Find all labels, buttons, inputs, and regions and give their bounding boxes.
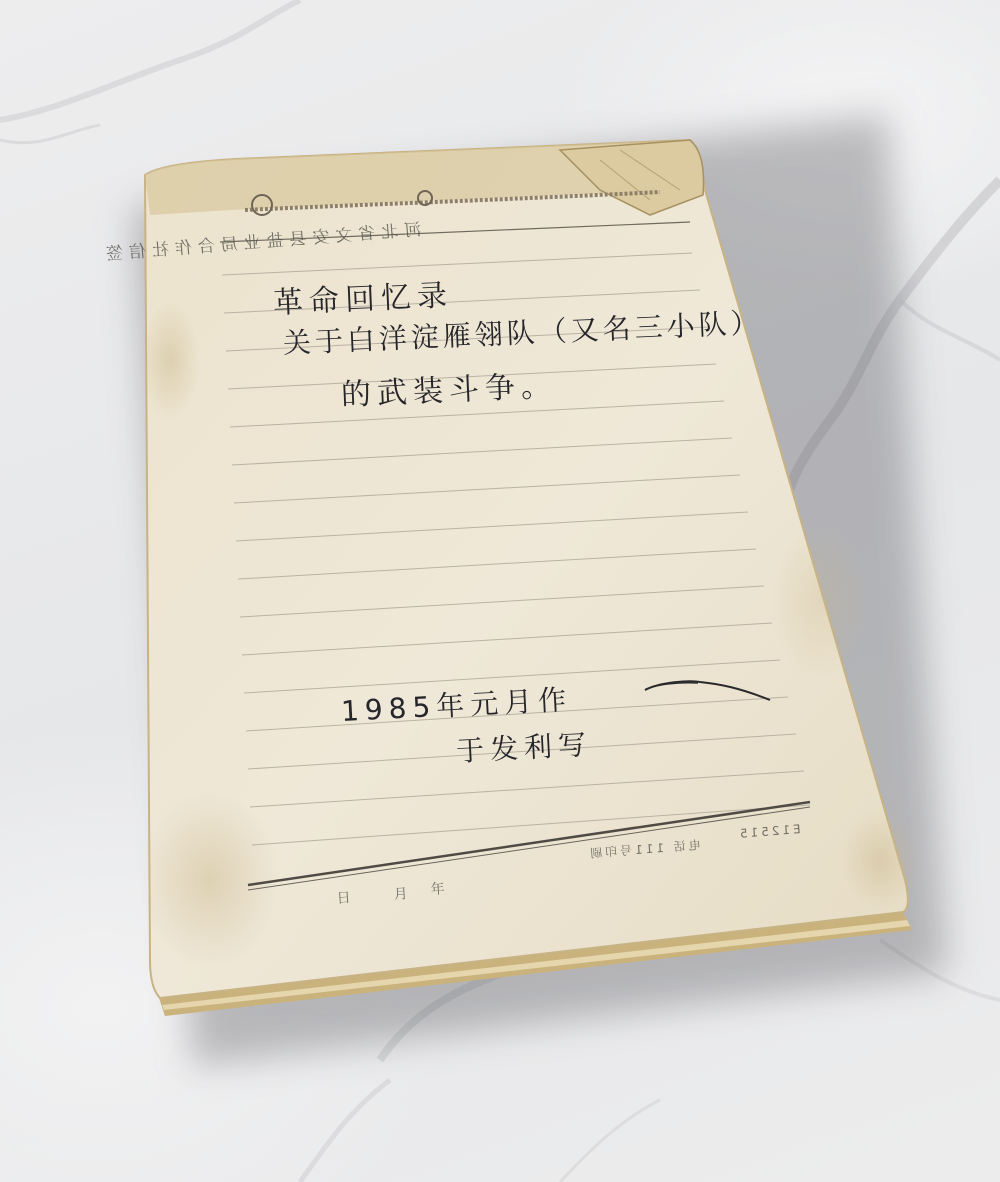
footer-day-label: 日 — [336, 887, 354, 908]
footer-month-label: 月 — [393, 883, 411, 904]
handwriting-subtitle-continued: 的武装斗争。 — [340, 361, 558, 414]
footer-year-label: 年 — [430, 878, 448, 899]
notebook-paper — [0, 0, 1000, 1182]
notebook: 河北省文安县盐业局合作社信签 革命回忆录 关于白洋淀雁翎队（又名三小队） 的武装… — [0, 0, 1000, 1182]
handwriting-author: 于发利写 — [455, 723, 593, 770]
handwriting-title: 革命回忆录 — [272, 270, 454, 322]
